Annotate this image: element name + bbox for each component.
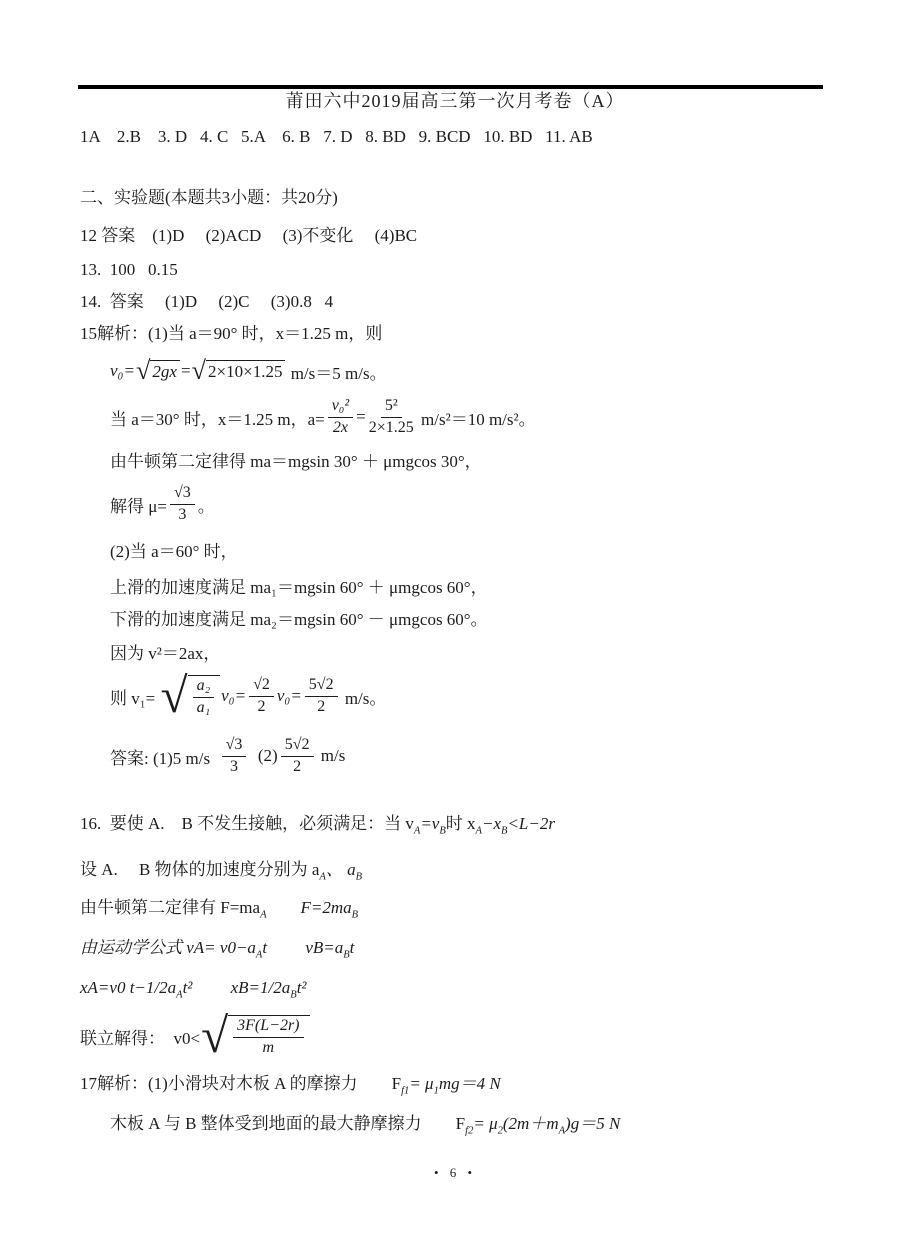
document-page: 莆田六中2019届高三第一次月考卷（A） 1A 2.B 3. D 4. C 5.… — [0, 0, 900, 1246]
numerator: √3 — [222, 736, 247, 756]
q17-text: (2m＋m — [503, 1114, 559, 1133]
fraction-sqrt3-3: √33 — [222, 736, 247, 776]
v1-mid1: v₀= — [221, 686, 246, 706]
page-number: • 6 • — [80, 1162, 830, 1184]
fraction-5sqrt2-2: 5√22 — [305, 676, 338, 716]
q16-text: 设 A. B 物体的加速度分别为 a — [80, 860, 319, 879]
denominator: 2 — [293, 757, 301, 776]
q15-part2-line: (2)当 a＝60° 时， — [110, 540, 830, 564]
a30-pre: 当 a＝30° 时，x＝1.25 m，a= — [110, 405, 325, 430]
document-content: 莆田六中2019届高三第一次月考卷（A） 1A 2.B 3. D 4. C 5.… — [0, 90, 900, 1184]
radicand: a₂a₁ — [188, 675, 221, 717]
q17-text: mg＝4 N — [439, 1074, 501, 1093]
q16-text: 由牛顿第二定律有 F=ma — [80, 898, 260, 917]
top-horizontal-rule — [78, 85, 823, 89]
v0-tail: m/s＝5 m/s。 — [286, 359, 386, 384]
denominator: 2×1.25 — [369, 418, 414, 437]
denominator: 2 — [257, 697, 265, 716]
mu-tail: 。 — [198, 492, 215, 517]
radical-numeric: √2×10×1.25 — [192, 360, 286, 382]
subscript-B: B — [352, 909, 358, 920]
numerator: a₂ — [193, 677, 215, 697]
q15-intro-line: 15解析：(1)当 a＝90° 时，x＝1.25 m，则 — [80, 322, 830, 346]
q15-v1-formula: 则 v₁= √a₂a₁v₀=√22v₀=5√22 m/s。 — [110, 670, 830, 722]
q16-text: =v — [420, 814, 439, 833]
q14-answer-line: 14. 答案 (1)D (2)C (3)0.8 4 — [80, 290, 830, 314]
fraction-sqrt2-2: √22 — [249, 676, 274, 716]
q13-answer-line: 13. 100 0.15 — [80, 258, 830, 282]
equals: = — [356, 407, 366, 427]
v0-lhs: v₀= — [110, 361, 135, 381]
denominator: 3 — [230, 757, 238, 776]
fraction-3F-m: 3F(L−2r)m — [233, 1017, 303, 1057]
fraction-a2-a1: a₂a₁ — [193, 677, 215, 717]
ans-tail: m/s — [317, 746, 346, 766]
radicand: 2gx — [150, 360, 180, 382]
numerator: 3F(L−2r) — [233, 1017, 303, 1037]
choice-answers-row: 1A 2.B 3. D 4. C 5.A 6. B 7. D 8. BD 9. … — [80, 126, 830, 148]
mu-pre: 解得 μ= — [110, 492, 167, 517]
ans-mid: (2) — [249, 746, 277, 766]
denominator: m — [263, 1038, 275, 1057]
q17-text: 17解析：(1)小滑块对木板 A 的摩擦力 F — [80, 1074, 401, 1093]
radical-2gx: √2gx — [136, 360, 180, 382]
q16-newton-line: 由牛顿第二定律有 F=maA F=2maB — [80, 896, 830, 920]
section2-heading: 二、实验题(本题共3小题：共20分) — [80, 186, 830, 210]
q15-down-line: 下滑的加速度满足 ma₂＝mgsin 60° － μmgcos 60°。 — [110, 608, 830, 632]
numerator: √3 — [170, 484, 195, 504]
denominator: 2x — [333, 418, 348, 437]
denominator: 3 — [178, 505, 186, 524]
radical-3F-L-2r-over-m: √3F(L−2r)m — [201, 1015, 309, 1057]
q16-text: 由运动学公式 vA= v0−a — [80, 938, 256, 957]
fraction-sqrt3-3: √33 — [170, 484, 195, 524]
q16-text: t vB=a — [262, 938, 343, 957]
q12-answer-line: 12 答案 (1)D (2)ACD (3)不变化 (4)BC — [80, 224, 830, 248]
v1-mid2: v₀= — [277, 686, 302, 706]
radicand: 3F(L−2r)m — [228, 1015, 309, 1057]
numerator: 5√2 — [281, 736, 314, 756]
q15-v0-formula: v₀=√2gx=√2×10×1.25 m/s＝5 m/s。 — [110, 356, 830, 386]
a30-tail: m/s²＝10 m/s²。 — [417, 405, 536, 430]
q16-text: F=2ma — [267, 898, 352, 917]
fraction-25-250: 5²2×1.25 — [369, 397, 414, 437]
q17-friction1-line: 17解析：(1)小滑块对木板 A 的摩擦力 Ff1= μ1mg＝4 N — [80, 1072, 830, 1096]
q16-condition-line: 16. 要使 A. B 不发生接触，必须满足：当 vA=vB时 xA−xB<L−… — [80, 812, 830, 836]
radical-a2-over-a1: √a₂a₁ — [161, 675, 221, 717]
numerator: √2 — [249, 676, 274, 696]
q16-setup-line: 设 A. B 物体的加速度分别为 aA、 aB — [80, 858, 830, 882]
radical-sign: √ — [161, 678, 188, 713]
q16-text: xA=v0 t−1/2a — [80, 978, 176, 997]
denominator: 2 — [317, 697, 325, 716]
denominator: a₁ — [197, 698, 211, 717]
q17-text: = μ — [473, 1114, 497, 1133]
ans-pre: 答案: (1)5 m/s — [110, 744, 219, 769]
q17-text: )g＝5 N — [565, 1114, 620, 1133]
fraction-v0sq-2x: v₀²2x — [328, 397, 353, 437]
page-title: 莆田六中2019届高三第一次月考卷（A） — [80, 90, 830, 112]
v1-tail: m/s。 — [341, 684, 387, 709]
q16-text: t — [350, 938, 355, 957]
q16-displacement-line: xA=v0 t−1/2aAt² xB=1/2aBt² — [80, 976, 830, 1000]
q15-newton-line: 由牛顿第二定律得 ma＝mgsin 30° ＋ μmgcos 30°， — [110, 450, 830, 474]
solve-pre: 联立解得： v0< — [80, 1024, 200, 1049]
q16-text: −x — [482, 814, 501, 833]
radical-sign: √ — [192, 360, 206, 381]
radical-sign: √ — [201, 1018, 228, 1053]
q15-up-line: 上滑的加速度满足 ma₁＝mgsin 60° ＋ μmgcos 60°， — [110, 576, 830, 600]
q17-text: 木板 A 与 B 整体受到地面的最大静摩擦力 F — [110, 1114, 465, 1133]
q17-friction2-line: 木板 A 与 B 整体受到地面的最大静摩擦力 Ff2= μ2(2m＋mA)g＝5… — [110, 1112, 830, 1136]
q16-text: 时 x — [446, 814, 476, 833]
q17-text: = μ — [409, 1074, 433, 1093]
q16-solve-formula: 联立解得： v0<√3F(L−2r)m — [80, 1008, 830, 1064]
radicand: 2×10×1.25 — [206, 360, 285, 382]
v1-pre: 则 v₁= — [110, 684, 160, 709]
fraction-5sqrt2-2: 5√22 — [281, 736, 314, 776]
q15-mu-formula: 解得 μ=√33。 — [110, 480, 830, 528]
q16-kinematics-line: 由运动学公式 vA= v0−aAt vB=aBt — [80, 936, 830, 960]
subscript-B: B — [356, 871, 362, 882]
equals: = — [181, 361, 191, 381]
q16-text: t² xB=1/2a — [183, 978, 291, 997]
q15-because-line: 因为 v²＝2ax， — [110, 642, 830, 666]
q16-text: 16. 要使 A. B 不发生接触，必须满足：当 v — [80, 814, 414, 833]
q15-a30-formula: 当 a＝30° 时，x＝1.25 m，a=v₀²2x=5²2×1.25 m/s²… — [110, 394, 830, 440]
q16-text: 、 a — [326, 860, 356, 879]
numerator: v₀² — [328, 397, 353, 417]
radical-sign: √ — [136, 360, 150, 381]
q16-text: t² — [297, 978, 307, 997]
q16-text: <L−2r — [507, 814, 555, 833]
numerator: 5² — [381, 397, 402, 417]
numerator: 5√2 — [305, 676, 338, 696]
q15-answer-line: 答案: (1)5 m/s √33 (2)5√22 m/s — [110, 734, 830, 778]
